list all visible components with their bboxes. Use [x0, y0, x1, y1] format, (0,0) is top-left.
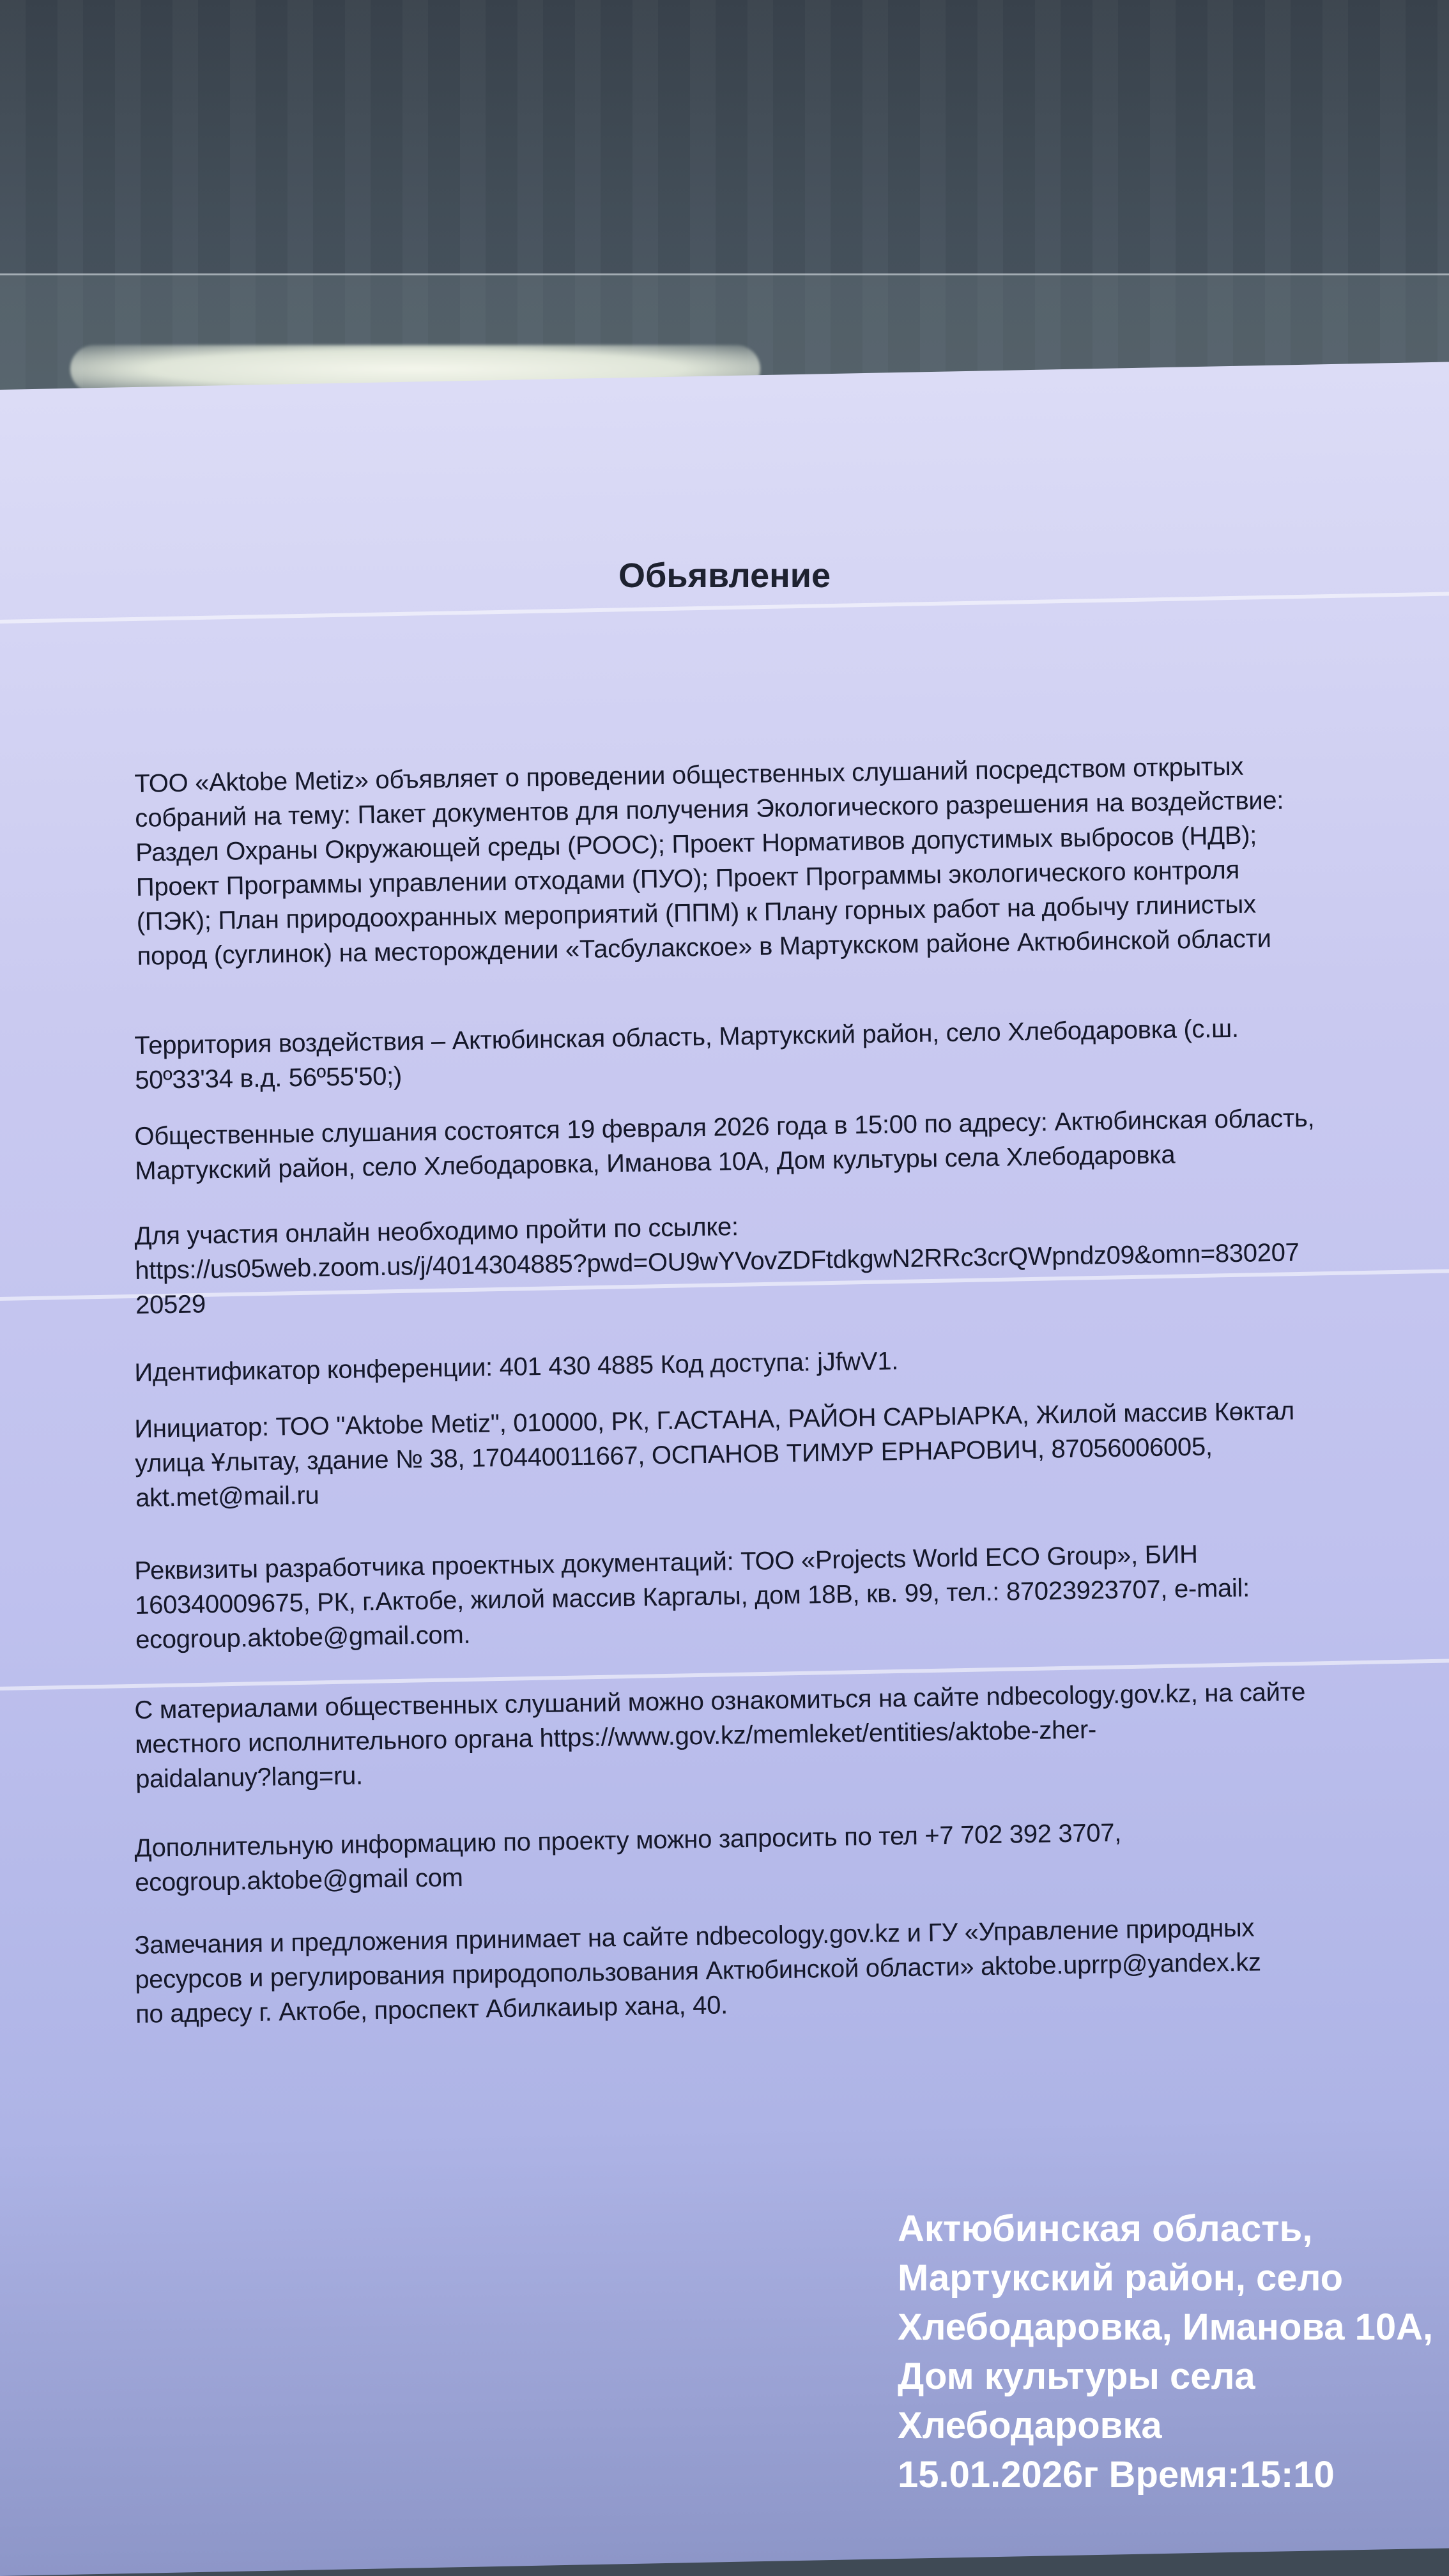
paragraph-developer: Реквизиты разработчика проектных докумен…: [134, 1534, 1407, 1657]
paragraph-comments: Замечания и предложения принимает на сай…: [134, 1908, 1407, 2032]
paragraph-additional-info: Дополнительную информацию по проекту мож…: [134, 1811, 1406, 1900]
paragraph-initiator: Инициатор: ТОО "Aktobe Metiz", 010000, Р…: [134, 1392, 1407, 1515]
notice-title: Обьявление: [0, 556, 1449, 595]
stamp-line: Мартукский район, село: [898, 2253, 1447, 2303]
stamp-line: Актюбинская область,: [898, 2204, 1447, 2253]
stamp-datetime: 15.01.2026г Время:15:10: [898, 2450, 1447, 2499]
paragraph-territory: Территория воздействия – Актюбинская обл…: [134, 1009, 1406, 1098]
stamp-line: Хлебодаровка, Иманова 10А,: [898, 2303, 1447, 2352]
paragraph-conference-id: Идентификатор конференции: 401 430 4885 …: [134, 1336, 1406, 1390]
notice-document: Обьявление ТОО «Aktobe Metiz» объявляет …: [0, 0, 1449, 2576]
paragraph-materials: С материалами общественных слушаний можн…: [134, 1673, 1407, 1797]
paragraph-online-link: Для участия онлайн необходимо пройти по …: [134, 1199, 1407, 1322]
stamp-line: Хлебодаровка: [898, 2401, 1447, 2450]
stamp-line: Дом культуры села: [898, 2352, 1447, 2401]
paragraph-hearing-date: Общественные слушания состоятся 19 февра…: [134, 1100, 1406, 1188]
conference-id: Идентификатор конференции: 401 430 4885 …: [134, 1336, 1406, 1390]
paragraph-intro: ТОО «Aktobe Metiz» объявляет о проведени…: [134, 747, 1409, 974]
photo-location-timestamp: Актюбинская область, Мартукский район, с…: [898, 2204, 1447, 2499]
